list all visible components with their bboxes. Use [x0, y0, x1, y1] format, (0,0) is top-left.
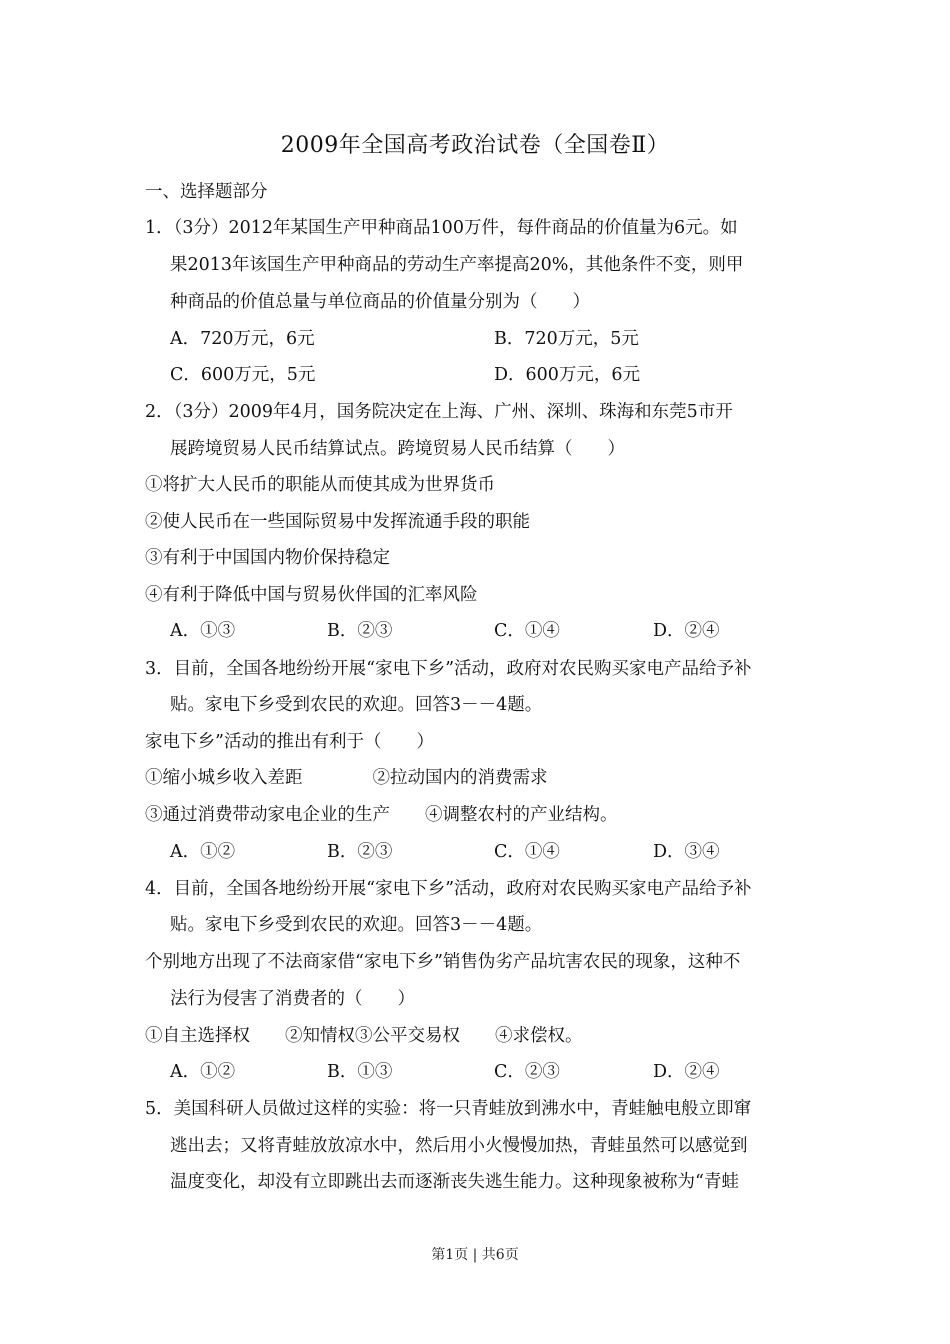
page-title: 2009年全国高考政治试卷（全国卷Ⅱ）	[0, 128, 950, 159]
question-text: 贴。家电下乡受到农民的欢迎。回答3－－4题。	[170, 913, 542, 937]
option-b: B．②③	[327, 840, 392, 864]
option-d: D．③④	[653, 840, 720, 864]
statement-item: ③有利于中国国内物价保持稳定	[145, 546, 390, 570]
page-footer: 第1页 | 共6页	[0, 1244, 950, 1264]
statement-item: ①自主选择权 ②知情权③公平交易权 ④求偿权。	[145, 1024, 583, 1048]
question-text: 逃出去；又将青蛙放放凉水中，然后用小火慢慢加热，青蛙虽然可以感觉到	[170, 1134, 748, 1158]
statement-item: ②使人民币在一些国际贸易中发挥流通手段的职能	[145, 510, 530, 534]
question-text: 5．美国科研人员做过这样的实验：将一只青蛙放到沸水中，青蛙触电般立即窜	[145, 1097, 751, 1121]
question-stem: 法行为侵害了消费者的（ ）	[170, 987, 415, 1011]
question-text: 展跨境贸易人民币结算试点。跨境贸易人民币结算（ ）	[170, 437, 625, 461]
option-c: C．①④	[494, 840, 560, 864]
statement-item: ③通过消费带动家电企业的生产 ④调整农村的产业结构。	[145, 803, 618, 827]
statement-item: ①缩小城乡收入差距 ②拉动国内的消费需求	[145, 766, 548, 790]
option-a: A．①③	[170, 619, 235, 643]
option-a: A．①②	[170, 1060, 235, 1084]
question-stem: 家电下乡”活动的推出有利于（ ）	[145, 730, 434, 754]
option-c: C．②③	[494, 1060, 560, 1084]
question-text: 贴。家电下乡受到农民的欢迎。回答3－－4题。	[170, 693, 542, 717]
question-text: 果2013年该国生产甲种商品的劳动生产率提高20%，其他条件不变，则甲	[170, 253, 743, 277]
option-b: B．①③	[327, 1060, 392, 1084]
option-d: D．②④	[653, 619, 720, 643]
question-text: 3．目前，全国各地纷纷开展“家电下乡”活动，政府对农民购买家电产品给予补	[145, 657, 752, 681]
option-d: D．600万元，6元	[494, 363, 640, 387]
option-c: C．①④	[494, 619, 560, 643]
question-text: 2．（3分）2009年4月，国务院决定在上海、广州、深圳、珠海和东莞5市开	[145, 400, 733, 424]
question-text: 1．（3分）2012年某国生产甲种商品100万件，每件商品的价值量为6元。如	[145, 216, 738, 240]
option-b: B．720万元，5元	[494, 327, 639, 351]
option-b: B．②③	[327, 619, 392, 643]
section-heading: 一、选择题部分	[145, 180, 268, 204]
question-text: 温度变化，却没有立即跳出去而逐渐丧失逃生能力。这种现象被称为“青蛙	[170, 1170, 739, 1194]
question-text: 4．目前，全国各地纷纷开展“家电下乡”活动，政府对农民购买家电产品给予补	[145, 877, 752, 901]
question-stem: 个别地方出现了不法商家借“家电下乡”销售伪劣产品坑害农民的现象，这种不	[145, 950, 740, 974]
statement-item: ④有利于降低中国与贸易伙伴国的汇率风险	[145, 583, 478, 607]
statement-item: ①将扩大人民币的职能从而使其成为世界货币	[145, 473, 495, 497]
option-d: D．②④	[653, 1060, 720, 1084]
question-text: 种商品的价值总量与单位商品的价值量分别为（ ）	[170, 290, 590, 314]
option-a: A．720万元，6元	[170, 327, 315, 351]
option-c: C．600万元，5元	[170, 363, 315, 387]
option-a: A．①②	[170, 840, 235, 864]
